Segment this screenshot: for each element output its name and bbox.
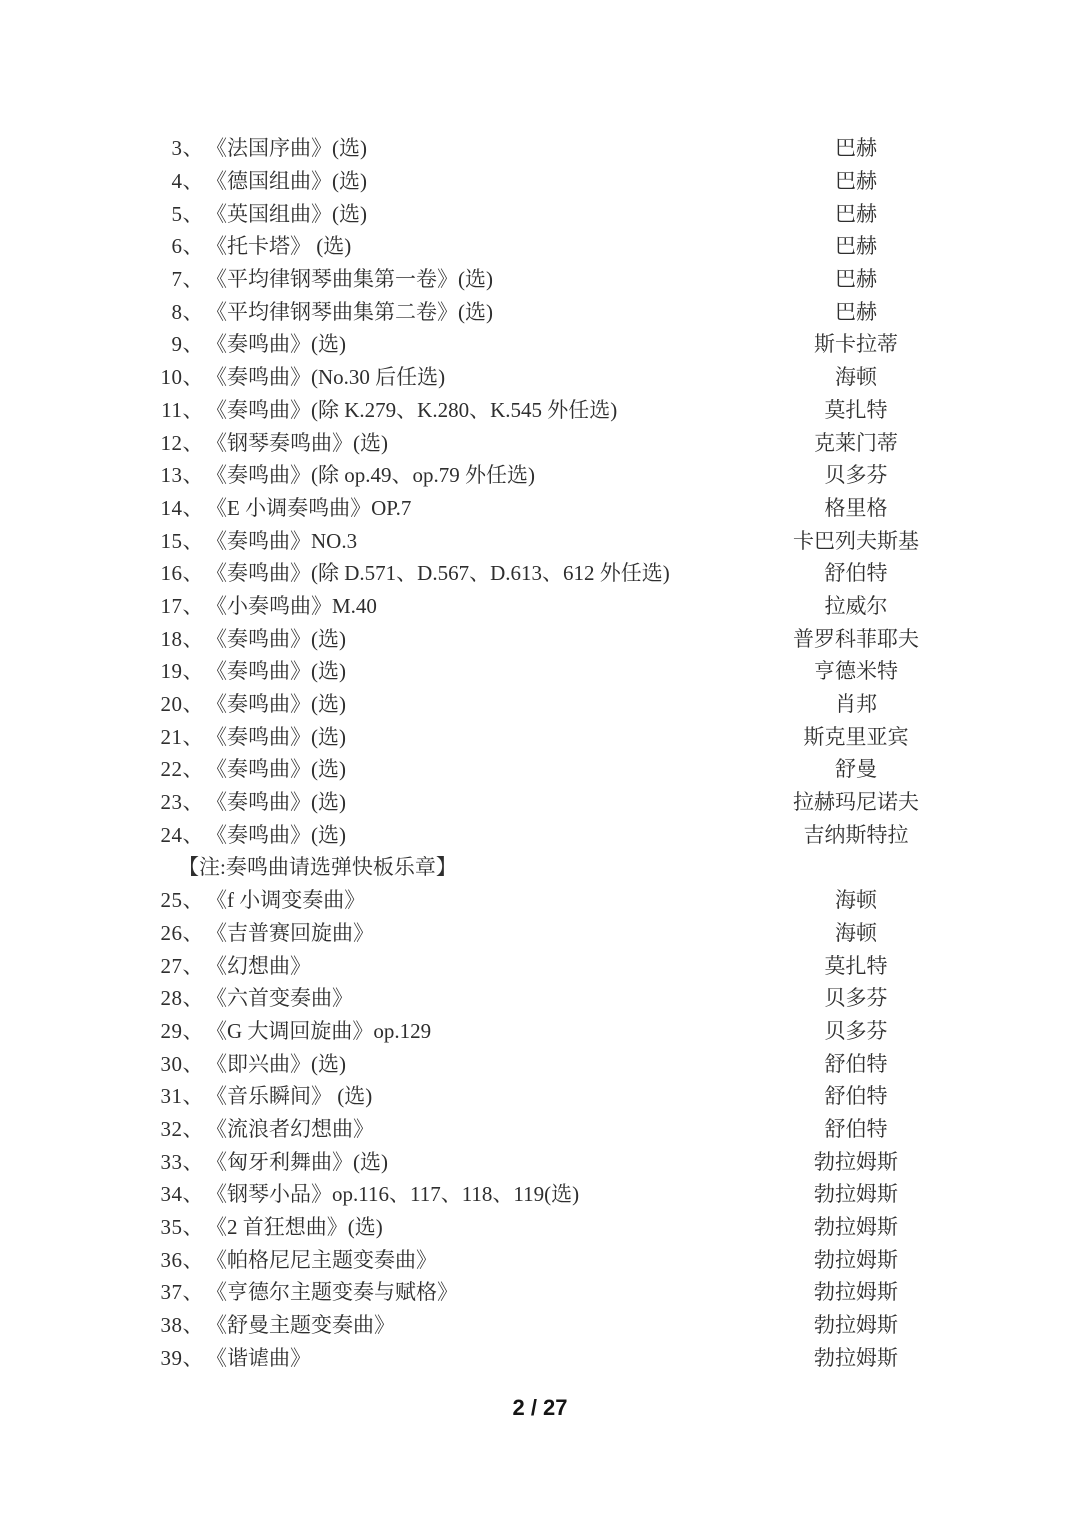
- composer-name: 格里格: [742, 492, 970, 522]
- composer-name: 吉纳斯特拉: [742, 819, 970, 849]
- piece-title: 《音乐瞬间》 (选): [204, 1080, 742, 1110]
- list-item: 25、《f 小调变奏曲》海顿: [0, 883, 1080, 916]
- item-number: 32、: [160, 1113, 204, 1143]
- composer-name: 勃拉姆斯: [742, 1309, 970, 1339]
- item-number: 33、: [160, 1146, 204, 1176]
- composer-name: 巴赫: [742, 132, 970, 162]
- composer-name: 克莱门蒂: [742, 427, 970, 457]
- item-number: 34、: [160, 1178, 204, 1208]
- item-number: 4、: [160, 165, 204, 195]
- list-item: 11、《奏鸣曲》(除 K.279、K.280、K.545 外任选)莫扎特: [0, 393, 1080, 426]
- list-item: 5、《英国组曲》(选)巴赫: [0, 196, 1080, 229]
- piece-title: 《帕格尼尼主题变奏曲》: [204, 1244, 742, 1274]
- piece-title: 《德国组曲》(选): [204, 165, 742, 195]
- composer-name: 巴赫: [742, 263, 970, 293]
- composer-name: 巴赫: [742, 296, 970, 326]
- composer-name: 勃拉姆斯: [742, 1244, 970, 1274]
- composer-name: 莫扎特: [742, 950, 970, 980]
- composer-name: 勃拉姆斯: [742, 1211, 970, 1241]
- composer-name: 勃拉姆斯: [742, 1178, 970, 1208]
- item-number: 30、: [160, 1048, 204, 1078]
- composer-name: 舒伯特: [742, 1048, 970, 1078]
- page-number: 2 / 27: [0, 1395, 1080, 1421]
- piece-title: 《幻想曲》: [204, 950, 742, 980]
- item-number: 6、: [160, 230, 204, 260]
- piece-title: 《f 小调变奏曲》: [204, 884, 742, 914]
- piece-title: 《E 小调奏鸣曲》OP.7: [204, 492, 742, 522]
- composer-name: 拉赫玛尼诺夫: [742, 786, 970, 816]
- composer-name: 贝多芬: [742, 1015, 970, 1045]
- item-number: 27、: [160, 950, 204, 980]
- item-number: 12、: [160, 427, 204, 457]
- list-item: 4、《德国组曲》(选)巴赫: [0, 164, 1080, 197]
- item-number: 9、: [160, 328, 204, 358]
- composer-name: 海顿: [742, 917, 970, 947]
- piece-title: 《G 大调回旋曲》op.129: [204, 1015, 742, 1045]
- composer-name: 舒伯特: [742, 1080, 970, 1110]
- item-number: 18、: [160, 623, 204, 653]
- list-item: 8、《平均律钢琴曲集第二卷》(选)巴赫: [0, 294, 1080, 327]
- composer-name: 勃拉姆斯: [742, 1276, 970, 1306]
- list-item: 32、《流浪者幻想曲》舒伯特: [0, 1112, 1080, 1145]
- composer-name: 舒曼: [742, 753, 970, 783]
- item-number: 19、: [160, 655, 204, 685]
- piece-title: 《奏鸣曲》NO.3: [204, 525, 742, 555]
- piece-title: 《英国组曲》(选): [204, 198, 742, 228]
- composer-name: 海顿: [742, 884, 970, 914]
- piece-title: 《奏鸣曲》(选): [204, 819, 742, 849]
- piece-title: 《奏鸣曲》(除 op.49、op.79 外任选): [204, 459, 742, 489]
- list-item: 17、《小奏鸣曲》M.40拉威尔: [0, 589, 1080, 622]
- list-item: 20、《奏鸣曲》(选)肖邦: [0, 687, 1080, 720]
- piece-title: 《吉普赛回旋曲》: [204, 917, 742, 947]
- piece-title: 《托卡塔》 (选): [204, 230, 742, 260]
- list-item: 26、《吉普赛回旋曲》海顿: [0, 916, 1080, 949]
- piece-title: 《匈牙利舞曲》(选): [204, 1146, 742, 1176]
- document-page: 3、《法国序曲》(选)巴赫4、《德国组曲》(选)巴赫5、《英国组曲》(选)巴赫6…: [0, 0, 1080, 1527]
- list-item: 37、《亨德尔主题变奏与赋格》勃拉姆斯: [0, 1275, 1080, 1308]
- list-item: 27、《幻想曲》莫扎特: [0, 948, 1080, 981]
- composer-name: 拉威尔: [742, 590, 970, 620]
- list-item: 21、《奏鸣曲》(选)斯克里亚宾: [0, 719, 1080, 752]
- piece-title: 《流浪者幻想曲》: [204, 1113, 742, 1143]
- list-item: 16、《奏鸣曲》(除 D.571、D.567、D.613、612 外任选)舒伯特: [0, 556, 1080, 589]
- composer-name: 普罗科菲耶夫: [742, 623, 970, 653]
- note-text: 【注:奏鸣曲请选弹快板乐章】: [178, 851, 457, 881]
- list-item: 28、《六首变奏曲》贝多芬: [0, 981, 1080, 1014]
- item-number: 5、: [160, 198, 204, 228]
- piece-title: 《即兴曲》(选): [204, 1048, 742, 1078]
- composer-name: 肖邦: [742, 688, 970, 718]
- item-number: 23、: [160, 786, 204, 816]
- composer-name: 巴赫: [742, 198, 970, 228]
- piece-list: 3、《法国序曲》(选)巴赫4、《德国组曲》(选)巴赫5、《英国组曲》(选)巴赫6…: [0, 131, 1080, 1373]
- list-item: 18、《奏鸣曲》(选)普罗科菲耶夫: [0, 621, 1080, 654]
- composer-name: 巴赫: [742, 165, 970, 195]
- item-number: 10、: [160, 361, 204, 391]
- item-number: 28、: [160, 982, 204, 1012]
- list-item: 7、《平均律钢琴曲集第一卷》(选)巴赫: [0, 262, 1080, 295]
- piece-title: 《小奏鸣曲》M.40: [204, 590, 742, 620]
- list-item: 36、《帕格尼尼主题变奏曲》勃拉姆斯: [0, 1242, 1080, 1275]
- piece-title: 《谐谑曲》: [204, 1342, 742, 1372]
- list-item: 34、《钢琴小品》op.116、117、118、119(选)勃拉姆斯: [0, 1177, 1080, 1210]
- item-number: 35、: [160, 1211, 204, 1241]
- list-item: 33、《匈牙利舞曲》(选)勃拉姆斯: [0, 1144, 1080, 1177]
- item-number: 11、: [160, 394, 204, 424]
- item-number: 26、: [160, 917, 204, 947]
- list-item: 23、《奏鸣曲》(选)拉赫玛尼诺夫: [0, 785, 1080, 818]
- list-item: 29、《G 大调回旋曲》op.129贝多芬: [0, 1014, 1080, 1047]
- list-item: 10、《奏鸣曲》(No.30 后任选)海顿: [0, 360, 1080, 393]
- list-item: 15、《奏鸣曲》NO.3卡巴列夫斯基: [0, 523, 1080, 556]
- composer-name: 卡巴列夫斯基: [742, 525, 970, 555]
- item-number: 37、: [160, 1276, 204, 1306]
- list-item: 9、《奏鸣曲》(选)斯卡拉蒂: [0, 327, 1080, 360]
- composer-name: 巴赫: [742, 230, 970, 260]
- piece-title: 《奏鸣曲》(选): [204, 786, 742, 816]
- piece-title: 《奏鸣曲》(除 K.279、K.280、K.545 外任选): [204, 394, 742, 424]
- composer-name: 勃拉姆斯: [742, 1342, 970, 1372]
- item-number: 15、: [160, 525, 204, 555]
- piece-title: 《平均律钢琴曲集第一卷》(选): [204, 263, 742, 293]
- item-number: 8、: [160, 296, 204, 326]
- piece-title: 《2 首狂想曲》(选): [204, 1211, 742, 1241]
- item-number: 22、: [160, 753, 204, 783]
- piece-title: 《奏鸣曲》(选): [204, 688, 742, 718]
- item-number: 21、: [160, 721, 204, 751]
- composer-name: 斯克里亚宾: [742, 721, 970, 751]
- item-number: 39、: [160, 1342, 204, 1372]
- list-item: 6、《托卡塔》 (选)巴赫: [0, 229, 1080, 262]
- list-item: 24、《奏鸣曲》(选)吉纳斯特拉: [0, 817, 1080, 850]
- composer-name: 舒伯特: [742, 1113, 970, 1143]
- list-item: 14、《E 小调奏鸣曲》OP.7格里格: [0, 491, 1080, 524]
- composer-name: 海顿: [742, 361, 970, 391]
- composer-name: 贝多芬: [742, 982, 970, 1012]
- composer-name: 勃拉姆斯: [742, 1146, 970, 1176]
- piece-title: 《奏鸣曲》(选): [204, 328, 742, 358]
- item-number: 13、: [160, 459, 204, 489]
- piece-title: 《六首变奏曲》: [204, 982, 742, 1012]
- item-number: 3、: [160, 132, 204, 162]
- list-item: 38、《舒曼主题变奏曲》勃拉姆斯: [0, 1308, 1080, 1341]
- piece-title: 《法国序曲》(选): [204, 132, 742, 162]
- piece-title: 《奏鸣曲》(No.30 后任选): [204, 361, 742, 391]
- composer-name: 莫扎特: [742, 394, 970, 424]
- list-item: 12、《钢琴奏鸣曲》(选)克莱门蒂: [0, 425, 1080, 458]
- composer-name: 舒伯特: [742, 557, 970, 587]
- item-number: 38、: [160, 1309, 204, 1339]
- item-number: 24、: [160, 819, 204, 849]
- composer-name: 斯卡拉蒂: [742, 328, 970, 358]
- piece-title: 《奏鸣曲》(选): [204, 721, 742, 751]
- item-number: 16、: [160, 557, 204, 587]
- list-item: 13、《奏鸣曲》(除 op.49、op.79 外任选)贝多芬: [0, 458, 1080, 491]
- item-number: 31、: [160, 1080, 204, 1110]
- composer-name: 亨德米特: [742, 655, 970, 685]
- composer-name: 贝多芬: [742, 459, 970, 489]
- piece-title: 《亨德尔主题变奏与赋格》: [204, 1276, 742, 1306]
- item-number: 14、: [160, 492, 204, 522]
- list-item: 22、《奏鸣曲》(选)舒曼: [0, 752, 1080, 785]
- list-item: 3、《法国序曲》(选)巴赫: [0, 131, 1080, 164]
- item-number: 25、: [160, 884, 204, 914]
- item-number: 17、: [160, 590, 204, 620]
- list-item: 30、《即兴曲》(选)舒伯特: [0, 1046, 1080, 1079]
- item-number: 20、: [160, 688, 204, 718]
- piece-title: 《奏鸣曲》(选): [204, 655, 742, 685]
- list-item: 31、《音乐瞬间》 (选)舒伯特: [0, 1079, 1080, 1112]
- piece-title: 《平均律钢琴曲集第二卷》(选): [204, 296, 742, 326]
- piece-title: 《钢琴奏鸣曲》(选): [204, 427, 742, 457]
- piece-title: 《奏鸣曲》(选): [204, 753, 742, 783]
- list-item: 39、《谐谑曲》勃拉姆斯: [0, 1340, 1080, 1373]
- item-number: 29、: [160, 1015, 204, 1045]
- piece-title: 《钢琴小品》op.116、117、118、119(选): [204, 1178, 742, 1208]
- note-line: 【注:奏鸣曲请选弹快板乐章】: [0, 850, 1080, 883]
- item-number: 7、: [160, 263, 204, 293]
- list-item: 35、《2 首狂想曲》(选)勃拉姆斯: [0, 1210, 1080, 1243]
- piece-title: 《奏鸣曲》(除 D.571、D.567、D.613、612 外任选): [204, 557, 742, 587]
- item-number: 36、: [160, 1244, 204, 1274]
- piece-title: 《奏鸣曲》(选): [204, 623, 742, 653]
- list-item: 19、《奏鸣曲》(选)亨德米特: [0, 654, 1080, 687]
- piece-title: 《舒曼主题变奏曲》: [204, 1309, 742, 1339]
